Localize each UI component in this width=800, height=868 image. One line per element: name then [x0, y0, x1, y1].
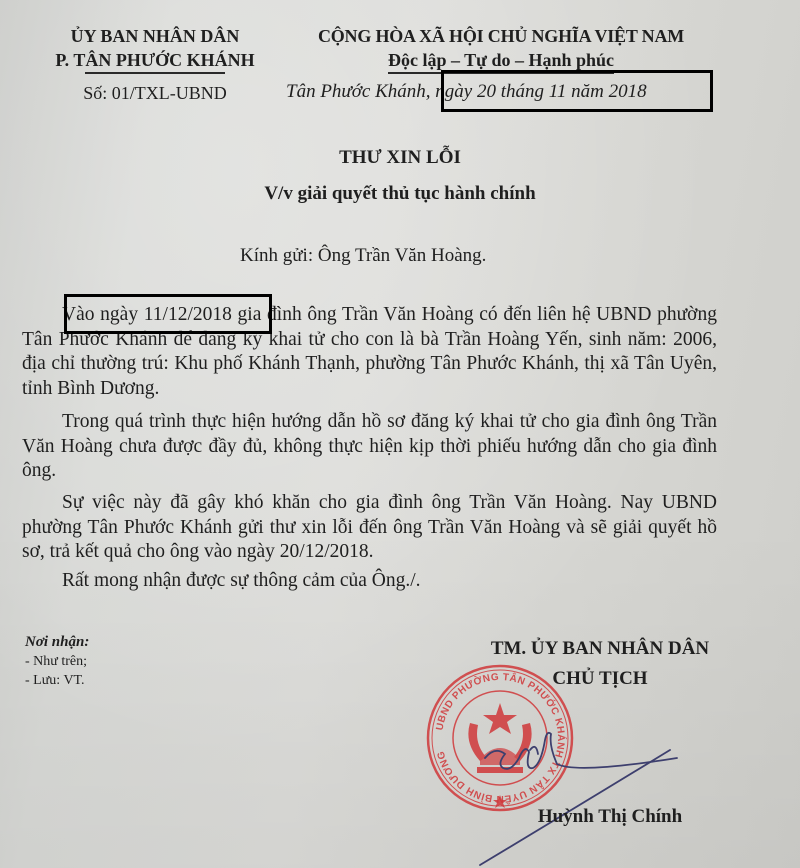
visit-date: Vào ngày 11/12/2018 — [62, 304, 232, 325]
document-title: THƯ XIN LỖI — [0, 147, 800, 169]
issuing-authority-block: ỦY BAN NHÂN DÂN P. TÂN PHƯỚC KHÁNH Số: 0… — [30, 24, 280, 106]
issue-date: ngày 20 tháng 11 năm 2018 — [435, 81, 646, 102]
handwritten-signature-icon — [440, 700, 770, 868]
salutation: Kính gửi: Ông Trần Văn Hoàng. — [240, 244, 486, 269]
country-name: CỘNG HÒA XÃ HỘI CHỦ NGHĨA VIỆT NAM — [276, 24, 726, 48]
paragraph-3: Sự việc này đã gây khó khăn cho gia đình… — [22, 491, 717, 565]
authority-name: ỦY BAN NHÂN DÂN — [30, 24, 280, 48]
document-subject: V/v giải quyết thủ tục hành chính — [0, 183, 800, 205]
on-behalf-line: TM. ỦY BAN NHÂN DÂN — [440, 634, 760, 664]
recipient-item: - Như trên; — [25, 652, 89, 671]
paragraph-2: Trong quá trình thực hiện hướng dẫn hồ s… — [22, 410, 717, 484]
recipients-heading: Nơi nhận: — [25, 633, 89, 652]
paragraph-3-text: Sự việc này đã gây khó khăn cho gia đình… — [22, 492, 717, 562]
paragraph-2-text: Trong quá trình thực hiện hướng dẫn hồ s… — [22, 411, 717, 481]
recipient-item: - Lưu: VT. — [25, 671, 89, 690]
place-name: Tân Phước Khánh, — [286, 81, 431, 102]
national-header-block: CỘNG HÒA XÃ HỘI CHỦ NGHĨA VIỆT NAM Độc l… — [276, 24, 726, 106]
document-number: Số: 01/TXL-UBND — [30, 80, 280, 106]
header-rule — [85, 72, 225, 74]
paragraph-4-text: Rất mong nhận được sự thông cảm của Ông.… — [62, 570, 421, 591]
national-motto: Độc lập – Tự do – Hạnh phúc — [388, 48, 614, 74]
recipients-block: Nơi nhận: - Như trên; - Lưu: VT. — [25, 633, 89, 690]
unit-name: P. TÂN PHƯỚC KHÁNH — [30, 48, 280, 72]
place-date-line: Tân Phước Khánh, ngày 20 tháng 11 năm 20… — [276, 78, 726, 106]
paragraph-1: Vào ngày 11/12/2018 gia đình ông Trần Vă… — [22, 303, 717, 401]
signer-name: Huỳnh Thị Chính — [460, 806, 760, 828]
paragraph-4: Rất mong nhận được sự thông cảm của Ông.… — [22, 569, 717, 594]
